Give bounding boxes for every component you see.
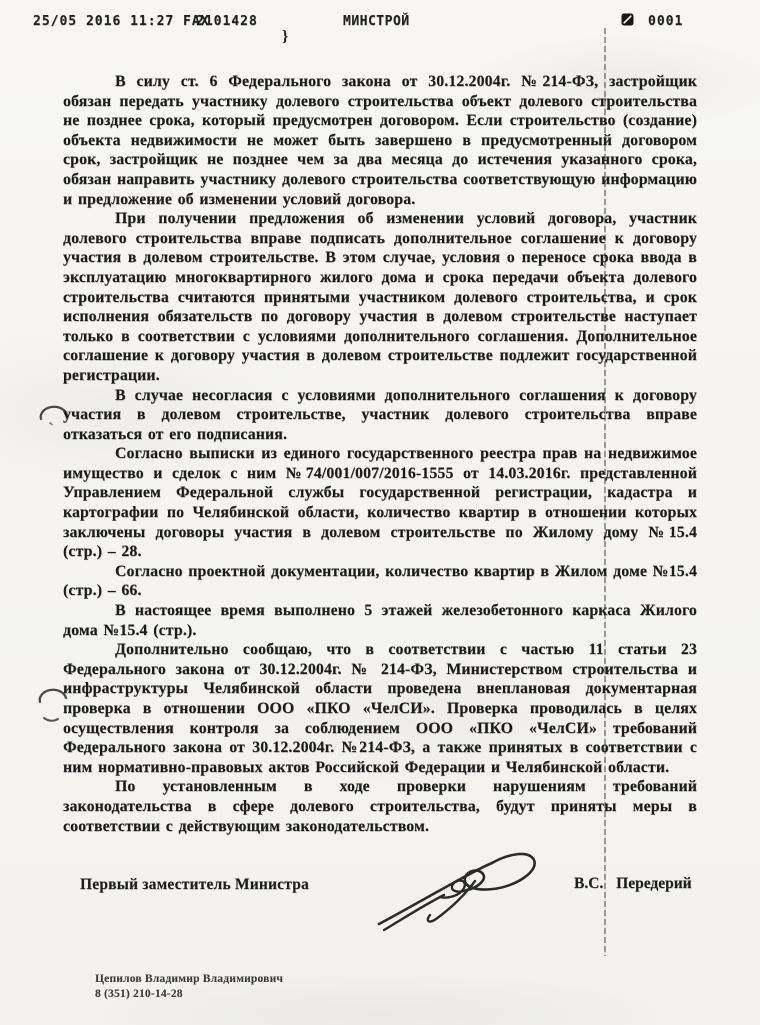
signatory-title: Первый заместитель Министра [80,876,309,894]
paragraph-inspection: Дополнительно сообщаю, что в соответстви… [63,640,697,777]
paragraph-law-article6: В силу ст. 6 Федерального закона от 30.1… [63,72,697,209]
contact-footer: Цепилов Владимир Владимирович 8 (351) 21… [95,972,283,1001]
contact-name: Цепилов Владимир Владимирович [95,972,283,987]
paragraph-measures: По установленным в ходе проверки нарушен… [63,777,697,836]
paragraph-registry-extract: Согласно выписки из единого государствен… [63,444,697,562]
fax-timestamp: 25/05 2016 11:27 FAX [33,14,210,29]
fax-page-number: 0001 [648,14,683,29]
fax-header: 25/05 2016 11:27 FAX 2101428 МИНСТРОЙ 00… [0,12,760,34]
fax-number: 2101428 [196,14,258,29]
scanned-fax-page: 25/05 2016 11:27 FAX 2101428 МИНСТРОЙ 00… [0,0,760,1025]
handwritten-signature [376,846,544,938]
paragraph-project-docs: Согласно проектной документации, количес… [63,562,697,601]
contact-phone: 8 (351) 210-14-28 [95,987,283,1002]
signatory-name: В.С. Передерий [574,875,692,893]
paragraph-refusal-right: В случае несогласия с условиями дополнит… [63,386,697,445]
paragraph-amendment-agreement: При получении предложения об изменении у… [63,209,697,385]
document-body: В силу ст. 6 Федерального закона от 30.1… [63,72,697,836]
stray-scan-mark: } [282,28,288,46]
page-icon [621,13,634,26]
fax-sender-name: МИНСТРОЙ [343,14,410,29]
paragraph-construction-status: В настоящее время выполнено 5 этажей жел… [63,601,697,640]
